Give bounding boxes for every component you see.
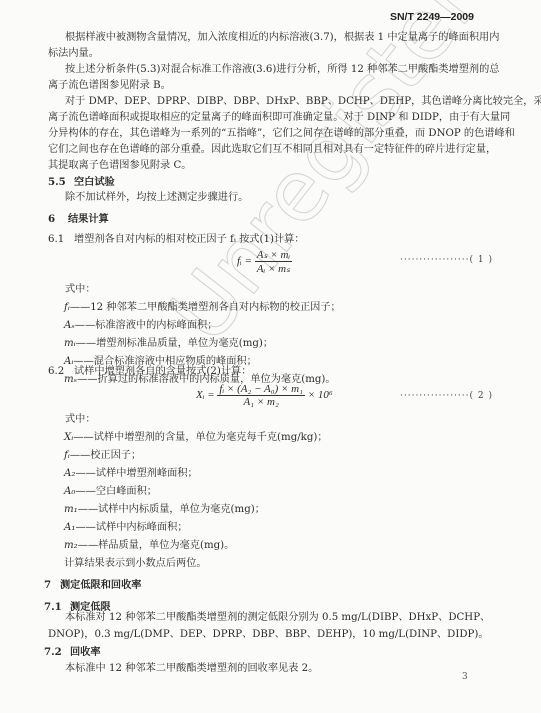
paragraph-line: 按上述分析条件(5.3)对混合标准工作溶液(3.6)进行分析，所得 12 种邻苯… — [65, 63, 500, 77]
document-page: Unregistered SN/T 2249—2009 根据样液中被测物含量情况… — [0, 0, 541, 713]
paragraph-line: 标法内量。 — [48, 47, 99, 61]
definition-item: mᵢ——增塑剂标准品质量，单位为毫克(mg)； — [64, 337, 273, 351]
note: 计算结果表示到小数点后两位。 — [64, 557, 207, 571]
section-heading-6: 6结果计算 — [48, 212, 109, 226]
standard-number: SN/T 2249—2009 — [390, 11, 474, 23]
where-label: 式中： — [65, 413, 96, 427]
paragraph-line: 对于 DMP、DEP、DPRP、DIBP、DBP、DHxP、BBP、DCHP、D… — [65, 95, 541, 109]
paragraph-line: 离子流色谱图参见附录 B。 — [48, 79, 171, 93]
where-label: 式中： — [65, 283, 96, 297]
definition-item: m₁——试样中内标质量，单位为毫克(mg)； — [64, 503, 265, 517]
paragraph-line: 它们之间也存在色谱峰的部分重叠。因此选取它们互不相同且相对具有一定特征件的碎片进… — [48, 143, 496, 157]
definition-item: Xᵢ——试样中增塑剂的含量，单位为毫克每千克(mg/kg)； — [64, 431, 328, 445]
formula-2: Xᵢ = fᵢ × (A₂ − A₀) × m₁ A₁ × m₂ × 10⁶ — [196, 383, 333, 408]
definition-item: fᵢ——12 种邻苯二甲酸酯类增塑剂各自对内标物的校正因子； — [64, 301, 341, 315]
section-heading-6-1: 6.1增塑剂各自对内标的相对校正因子 fᵢ 按式(1)计算： — [48, 233, 304, 247]
paragraph-line: 离子流色谱峰面积或提取相应的定量离子的峰面积即可准确定量。对于 DINP 和 D… — [48, 111, 510, 125]
paragraph-line: 根据样液中被测物含量情况，加入浓度相近的内标溶液(3.7)，根据表 1 中定量离… — [65, 31, 499, 45]
paragraph-line: 其提取离子色谱图参见附录 C。 — [48, 159, 191, 173]
definition-item: A₁——试样中内标峰面积； — [64, 521, 188, 535]
section-heading-7: 7测定低限和回收率 — [44, 578, 142, 592]
section-heading-7-2: 7.2回收率 — [44, 645, 101, 659]
section-body: 本标准对 12 种邻苯二甲酸酯类增塑剂的测定低限分别为 0.5 mg/L(DIB… — [65, 611, 490, 625]
section-heading-6-2-text: 6.2试样中增塑剂各自的含量按式(2)计算： — [48, 365, 251, 379]
section-body: 除不加试样外，均按上述测定步骤进行。 — [65, 191, 248, 205]
formula-1: fᵢ = Aₛ × mᵢ Aᵢ × mₛ — [237, 248, 292, 275]
page-number: 3 — [462, 672, 468, 682]
definition-item: Aₛ——标准溶液中的内标峰面积； — [64, 319, 217, 333]
definition-item: fᵢ——校正因子； — [64, 449, 141, 463]
section-body: 本标准中 12 种邻苯二甲酸酯类增塑剂的回收率见表 2。 — [65, 662, 318, 676]
definition-item: m₂——样品质量，单位为毫克(mg)。 — [64, 539, 234, 553]
definition-item: A₀——空白峰面积； — [64, 485, 157, 499]
definition-item: A₂——试样中增塑剂峰面积； — [64, 467, 198, 481]
formula-2-label: ··················( 2 ) — [400, 391, 493, 401]
section-body: DNOP)，0.3 mg/L(DMP、DEP、DPRP、DBP、BBP、DEHP… — [48, 628, 489, 642]
section-heading-5-5: 5.5空白试验 — [48, 175, 115, 189]
formula-1-label: ··················( 1 ) — [400, 255, 493, 265]
paragraph-line: 分异构体的存在，其色谱峰为一系列的“五指峰”，它们之间存在谱峰的部分重叠，而 D… — [48, 127, 515, 141]
